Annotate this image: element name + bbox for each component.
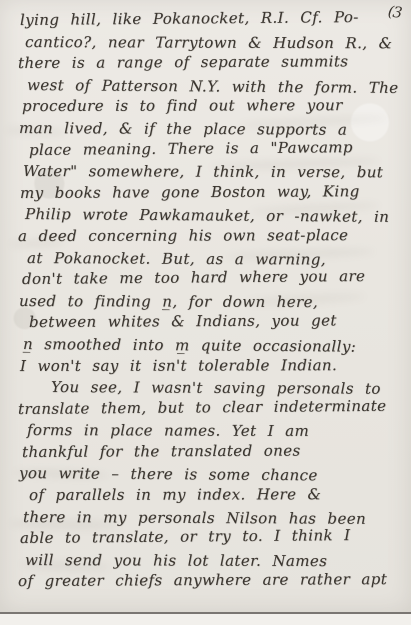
handwritten-line: translate them, but to clear indetermina… [18,395,403,420]
handwritten-line: of greater chiefs anywhere are rather ap… [18,569,403,593]
handwritten-line: able to translate, or try to. I think I [20,525,403,550]
paper-sheet: (3 lying hill, like Pokanocket, R.I. Cf.… [0,0,411,614]
handwritten-line: there is a range of separate summits [18,51,403,75]
letter-body: lying hill, like Pokanocket, R.I. Cf. Po… [18,10,403,593]
handwritten-line: don't take me too hard where you are [22,266,403,291]
handwritten-line: procedure is to find out where your [22,95,403,118]
scanned-letter-page: (3 lying hill, like Pokanocket, R.I. Cf.… [0,0,411,625]
handwritten-line: place meaning. There is a "Pawcamp [29,136,403,161]
handwritten-line: lying hill, like Pokanocket, R.I. Cf. Po… [20,7,403,32]
handwritten-line: between whites & Indians, you get [29,310,403,334]
handwritten-line: my books have gone Boston way, King [20,181,403,205]
scanner-background [0,614,411,625]
handwritten-line: a deed concerning his own seat-place [18,225,403,248]
handwritten-line: of parallels in my index. Here & [29,484,403,507]
handwritten-line: thankful for the translated ones [22,440,403,464]
handwritten-line: I won't say it isn't tolerable Indian. [20,354,403,377]
